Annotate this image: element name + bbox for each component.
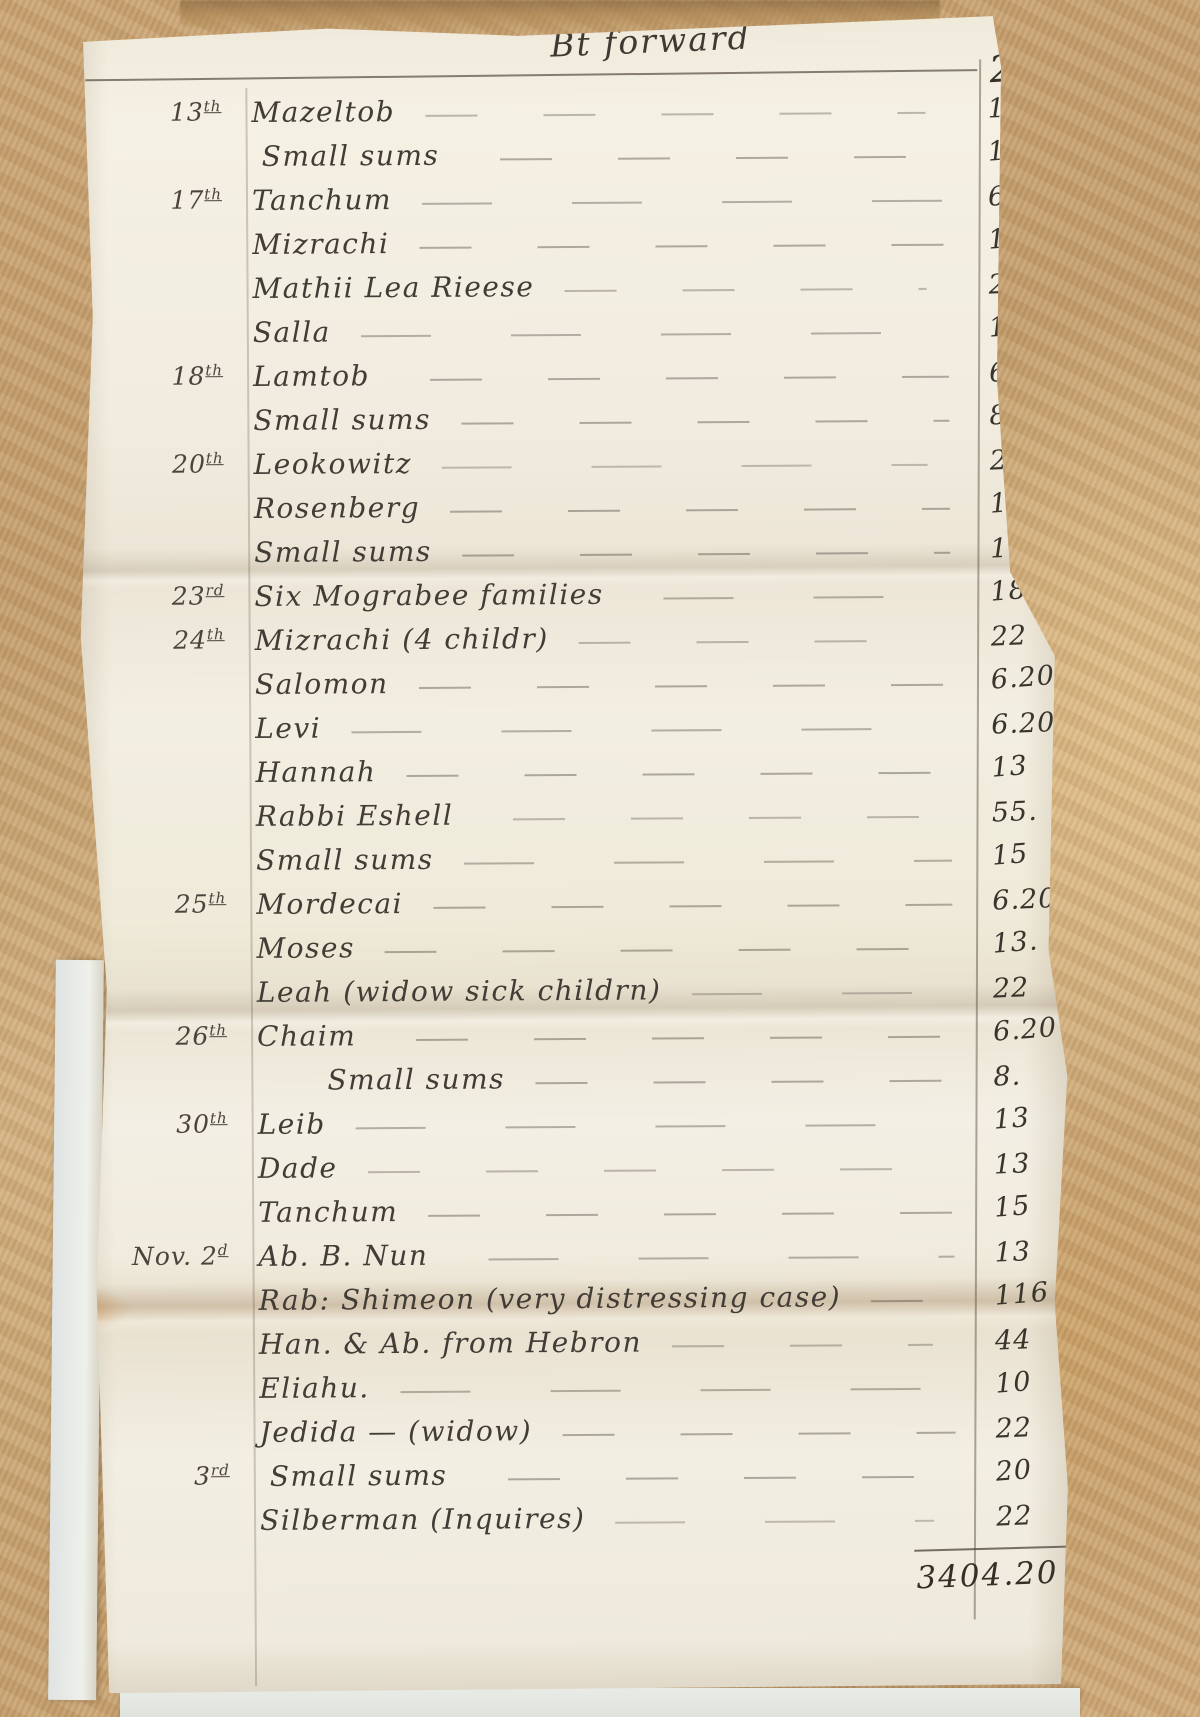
header-rule: [85, 69, 977, 81]
entry-name: Levi: [239, 711, 321, 744]
entry-name: Rosenberg: [238, 490, 420, 524]
entry-date: [68, 156, 236, 157]
ledger-row: Eliahu. 10: [75, 1361, 1077, 1411]
entry-date: [69, 332, 237, 333]
entry-name: Small sums: [238, 534, 432, 568]
entry-name: Leokowitz: [238, 446, 412, 480]
entry-name: Moses: [240, 931, 355, 965]
dash-leader: [385, 948, 953, 953]
dash-leader: [430, 376, 949, 381]
ledger-row: Leah (widow sick childrn) 22: [73, 965, 1075, 1015]
entry-name: Small sums: [240, 842, 434, 876]
ledger-row: 24th Mizrachi (4 childr) 22: [71, 613, 1073, 663]
entry-amount: 6.20: [976, 658, 1074, 696]
entry-amount: 22: [981, 1410, 1078, 1445]
entry-name: Tanchum: [242, 1195, 398, 1229]
entry-name: Lamtob: [237, 359, 370, 393]
dash-leader: [416, 1036, 953, 1041]
entry-amount: 44: [980, 1322, 1077, 1357]
dash-leader: [464, 860, 952, 865]
ledger-row: 26th Chaim 6.20: [73, 1009, 1075, 1059]
underlying-sheet-left: [48, 960, 104, 1700]
entry-amount: 116: [980, 1274, 1078, 1312]
entry-date: [70, 552, 238, 553]
entry-name: Small sums: [237, 402, 431, 436]
dash-leader: [562, 1432, 955, 1436]
entry-name: Hannah: [239, 755, 376, 789]
entry-name: Dade: [242, 1151, 338, 1185]
entry-date: [70, 508, 238, 509]
ledger-row: 13th Mazeltob 13.: [67, 85, 1069, 135]
entry-name: Leah (widow sick childrn): [241, 973, 662, 1009]
entry-date: [69, 420, 237, 421]
dash-leader: [462, 552, 950, 557]
entry-name: Han. & Ab. from Hebron: [243, 1325, 642, 1360]
entry-amount: 22: [981, 1498, 1078, 1533]
dash-leader: [664, 596, 951, 600]
entry-amount: 10:: [973, 130, 1071, 168]
entry-amount: 180: [975, 570, 1073, 608]
entry-date: 24th: [71, 625, 239, 655]
ledger-row: Small sums 15: [72, 833, 1074, 883]
entry-name: Ab. B. Nun: [242, 1238, 428, 1272]
dash-leader: [361, 332, 949, 338]
entry-name: Mathii Lea Rieese: [236, 270, 534, 305]
dash-leader: [615, 1520, 934, 1524]
entry-name: Mizrachi: [236, 227, 389, 261]
dash-leader: [488, 1256, 954, 1261]
ledger-row: Small sums 8.: [69, 393, 1071, 443]
dash-leader: [507, 1476, 955, 1481]
entry-amount: 8.: [974, 394, 1072, 432]
dash-leader: [461, 420, 949, 425]
ledger-row: Tanchum 15: [74, 1185, 1076, 1235]
entry-name: Salomon: [239, 667, 389, 701]
ledger-rows: 13th Mazeltob 13. Small sums 10: 17th Ta…: [67, 85, 1078, 1543]
ledger-row: Jedida — (widow) 22: [75, 1405, 1077, 1455]
ledger-row: Rabbi Eshell 55.: [72, 789, 1074, 839]
entry-date: 13th: [67, 97, 235, 127]
entry-date: [71, 684, 239, 685]
entry-name: Small sums: [236, 138, 440, 172]
entry-date: [72, 860, 240, 861]
entry-amount: 20: [981, 1450, 1079, 1488]
entry-date: [68, 244, 236, 245]
dash-leader: [433, 904, 952, 909]
entry-name: Mizrachi (4 childr): [239, 622, 549, 657]
ledger-row: Small sums 10:: [68, 129, 1070, 179]
entry-name: Silberman (Inquires): [244, 1501, 586, 1536]
ledger-row: Rosenberg 13.: [70, 481, 1072, 531]
entry-name: Salla: [237, 315, 331, 349]
entry-amount: 6.20: [978, 1010, 1076, 1048]
entry-date: [72, 772, 240, 773]
entry-amount: 26: [974, 266, 1071, 301]
ledger-row: Dade 13: [74, 1141, 1076, 1191]
dash-leader: [422, 200, 948, 205]
ledger-row: Mizrachi 16.20.: [68, 217, 1070, 267]
entry-date: Nov. 2d: [74, 1241, 242, 1271]
ledger-row: Nov. 2d Ab. B. Nun 13: [74, 1229, 1076, 1279]
underlying-sheet-bottom: [120, 1688, 1080, 1717]
ledger-row: Moses 13.: [72, 921, 1074, 971]
entry-amount: 16.20.: [973, 218, 1071, 256]
entry-amount: 15: [977, 834, 1075, 872]
dash-leader: [356, 1124, 954, 1130]
entry-name: Rab: Shimeon (very distressing case): [243, 1280, 842, 1317]
ledger-row: 20th Leokowitz 22: [69, 437, 1071, 487]
ledger-row: Rab: Shimeon (very distressing case) 116: [75, 1273, 1077, 1323]
dash-leader: [425, 112, 925, 117]
entry-date: [75, 1388, 243, 1389]
entry-amount: 22: [978, 970, 1075, 1005]
ledger-page: Bt forward 2613 13th Mazeltob 13. Small …: [67, 9, 1079, 1695]
entry-name: Eliahu.: [243, 1371, 370, 1405]
dash-leader: [442, 464, 928, 469]
entry-amount: 15: [979, 1186, 1077, 1224]
entry-name: Leib: [242, 1107, 326, 1141]
ledger-row: Salomon 6.20: [71, 657, 1073, 707]
carried-forward-amount: 2613: [988, 42, 1097, 91]
dash-leader: [672, 1344, 933, 1348]
entry-date: [71, 728, 239, 729]
entry-date: [72, 816, 240, 817]
entry-amount: 13: [979, 1146, 1076, 1181]
entry-date: [75, 1344, 243, 1345]
ledger-row: Small sums 15-: [70, 525, 1072, 575]
ledger-row: Silberman (Inquires) 22: [76, 1493, 1078, 1543]
dash-leader: [871, 1300, 955, 1303]
entry-name: Small sums: [244, 1458, 448, 1492]
ledger-row: 18th Lamtob 6.20: [69, 349, 1071, 399]
entry-amount: 6.20: [978, 882, 1075, 917]
dash-leader: [368, 1168, 932, 1173]
ledger-row: Levi 6.20: [71, 701, 1073, 751]
ledger-row: 30th Leib 13: [74, 1097, 1076, 1147]
entry-amount: 55.: [977, 794, 1074, 829]
total-amount: 3404.20: [916, 1555, 1060, 1597]
entry-amount: 13.: [973, 90, 1070, 125]
entry-amount: 22: [976, 618, 1073, 653]
ledger-row: 3rd Small sums 20: [76, 1449, 1078, 1499]
entry-amount: 13: [980, 1234, 1077, 1269]
dash-leader: [450, 508, 950, 513]
fabric-background: Bt forward 2613 13th Mazeltob 13. Small …: [0, 0, 1200, 1717]
ledger-row: Small sums 8.: [73, 1053, 1075, 1103]
entry-date: [73, 948, 241, 949]
entry-date: [75, 1300, 243, 1301]
total-rule: [914, 1545, 1090, 1552]
entry-amount: 13: [974, 306, 1072, 344]
dash-leader: [400, 1388, 955, 1393]
entry-date: 18th: [69, 361, 237, 391]
ledger-row: Mathii Lea Rieese 26: [68, 261, 1070, 311]
dash-leader: [419, 684, 951, 689]
entry-amount: 15-: [976, 530, 1073, 565]
entry-amount: 10: [980, 1362, 1078, 1400]
dash-leader: [535, 1080, 953, 1085]
entry-amount: 13.: [977, 922, 1075, 960]
dash-leader: [691, 992, 930, 995]
entry-date: 25th: [72, 889, 240, 919]
entry-name: Jedida — (widow): [243, 1414, 532, 1449]
entry-amount: 13: [978, 1098, 1076, 1136]
entry-amount: 6.20: [973, 178, 1070, 213]
entry-name: Small sums: [241, 1062, 505, 1097]
ledger-row: Hannah 13: [71, 745, 1073, 795]
entry-amount: 6.20: [977, 706, 1074, 741]
entry-amount: 13.: [975, 482, 1073, 520]
dash-leader: [351, 728, 951, 734]
entry-date: 17th: [68, 185, 236, 215]
entry-name: Six Mograbee families: [238, 577, 603, 612]
dash-leader: [564, 288, 926, 292]
entry-date: 23rd: [70, 581, 238, 611]
ledger-row: Han. & Ab. from Hebron 44: [75, 1317, 1077, 1367]
dash-leader: [406, 772, 951, 777]
entry-name: Chaim: [241, 1019, 356, 1053]
entry-name: Mazeltob: [235, 95, 395, 129]
entry-date: 3rd: [76, 1461, 244, 1491]
dash-leader: [513, 816, 930, 821]
ledger-row: 25th Mordecai 6.20: [72, 877, 1074, 927]
entry-name: Rabbi Eshell: [240, 798, 454, 832]
ledger-row: Salla 13: [69, 305, 1071, 355]
dash-leader: [419, 244, 948, 249]
entry-date: [76, 1520, 244, 1521]
ledger-row: 23rd Six Mograbee families 180: [70, 569, 1072, 619]
entry-name: Mordecai: [240, 887, 403, 921]
entry-date: 20th: [70, 449, 238, 479]
dash-leader: [579, 640, 929, 644]
ledger-row: 17th Tanchum 6.20: [68, 173, 1070, 223]
entry-date: [69, 288, 237, 289]
entry-amount: 13: [976, 746, 1074, 784]
dash-leader: [428, 1212, 954, 1217]
entry-date: [76, 1432, 244, 1433]
entry-amount: 6.20: [974, 354, 1071, 389]
entry-amount: 8.: [979, 1058, 1076, 1093]
entry-amount: 22: [975, 442, 1072, 477]
dash-leader: [499, 156, 947, 161]
entry-name: Tanchum: [236, 183, 392, 217]
